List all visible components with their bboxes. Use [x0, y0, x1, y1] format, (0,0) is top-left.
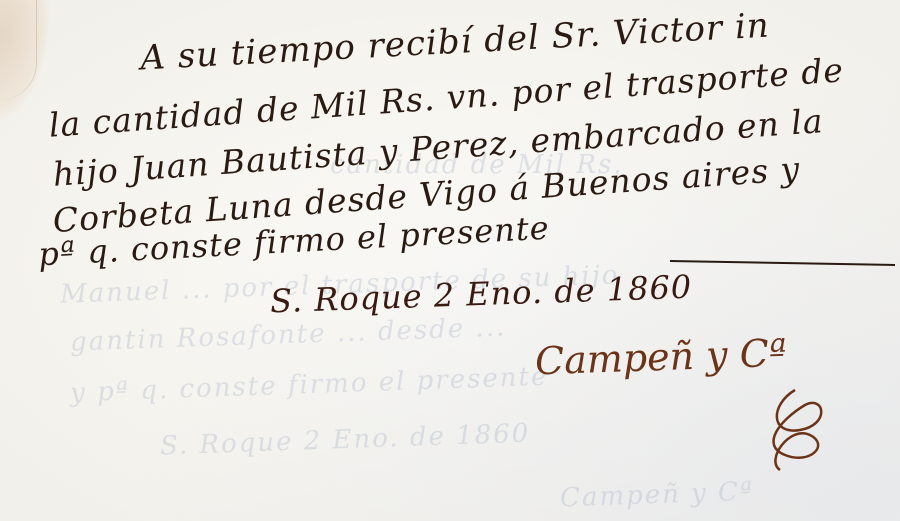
signature: Campeñ y Cª	[534, 331, 787, 384]
rubric-flourish-icon	[750, 385, 850, 475]
